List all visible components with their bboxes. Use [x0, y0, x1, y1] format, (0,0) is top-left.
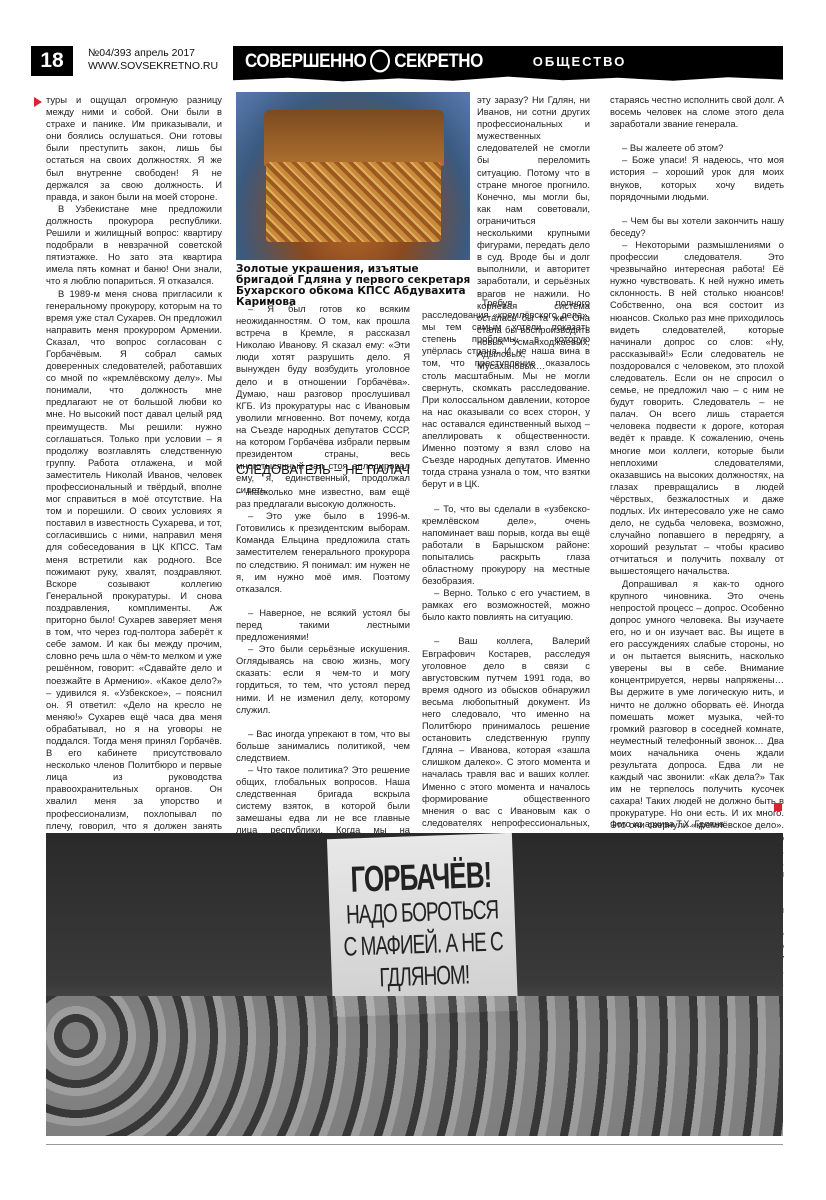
protest-crowd-photo: ГОРБАЧЁВ! НАДО БОРОТЬСЯ С МАФИЕЙ. А НЕ С…	[46, 833, 783, 1136]
crowd	[46, 996, 783, 1136]
question: – Чем бы вы хотели закончить нашу беседу…	[610, 215, 784, 239]
torn-edge-divider	[233, 76, 783, 82]
logo-right-text: СЕКРЕТНО	[394, 50, 483, 73]
jewelry-photo	[236, 92, 470, 260]
answer: – Боже упаси! Я надеюсь, что моя история…	[610, 154, 784, 202]
paragraph: В Узбекистане мне предложили должность п…	[46, 203, 222, 288]
paragraph: стараясь честно исполнить свой долг. А в…	[610, 94, 784, 130]
website-url[interactable]: WWW.SOVSEKRETNO.RU	[88, 60, 218, 73]
question: – Вас иногда упрекают в том, что вы боль…	[236, 728, 410, 764]
answer: – Это были серьёзные искушения. Оглядыва…	[236, 643, 410, 716]
logo-left-text: СОВЕРШЕННО	[245, 50, 366, 73]
question: – То, что вы сделали в «узбекско-кремлёв…	[422, 503, 590, 588]
issue-number: №04/393 апрель 2017	[88, 47, 218, 60]
newspaper-logo: СОВЕРШЕННО СЕКРЕТНО	[233, 50, 483, 73]
chest-lid	[264, 110, 444, 166]
answer: – Верно. Только с его участием, в рамках…	[422, 587, 590, 623]
masthead-banner: СОВЕРШЕННО СЕКРЕТНО ОБЩЕСТВО	[233, 46, 783, 76]
question: – Вы жалеете об этом?	[610, 142, 784, 154]
sign-line: ГДЛЯНОМ!	[379, 961, 470, 995]
subheading: СЛЕДОВАТЕЛЬ – НЕ ПАЛАЧ	[236, 462, 410, 477]
bottom-rule	[46, 1144, 783, 1145]
sign-line: ГОРБАЧЁВ!	[350, 853, 492, 901]
paragraph: Требуя полного расследования «кремлёвско…	[422, 297, 590, 491]
paragraph: туры и ощущал огромную разницу между ним…	[46, 94, 222, 203]
protest-sign: ГОРБАЧЁВ! НАДО БОРОТЬСЯ С МАФИЕЙ. А НЕ С…	[327, 833, 518, 1017]
answer: – Это уже было в 1996-м. Готовились к пр…	[236, 510, 410, 595]
photo-credit: Фото из архива Т.Х. Гдляна	[610, 819, 724, 829]
sign-line: С МАФИЕЙ. А НЕ С	[343, 927, 503, 963]
sign-line: НАДО БОРОТЬСЯ	[346, 895, 499, 931]
question: – Ваш коллега, Валерий Евграфович Костар…	[422, 635, 590, 865]
continuation-arrow-icon	[34, 97, 42, 107]
page-number: 18	[31, 46, 73, 76]
gold-jewelry	[266, 162, 441, 242]
emblem-icon	[370, 50, 390, 73]
issue-info: №04/393 апрель 2017 WWW.SOVSEKRETNO.RU	[88, 47, 218, 73]
question: – Насколько мне известно, вам ещё раз пр…	[236, 486, 410, 510]
question: – Наверное, не всякий устоял бы перед та…	[236, 607, 410, 643]
article-end-mark	[774, 803, 782, 811]
section-title: ОБЩЕСТВО	[533, 54, 627, 69]
answer: – Некоторыми размышлениями о профессии с…	[610, 239, 784, 578]
